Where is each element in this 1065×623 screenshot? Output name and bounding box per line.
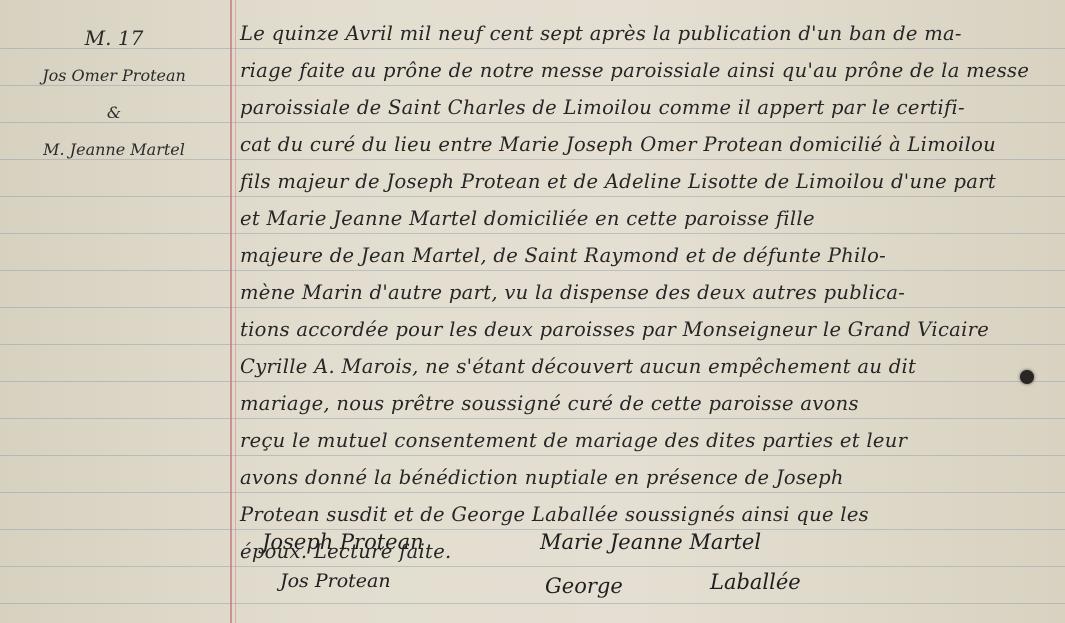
signature-marie-jeanne-martel: Marie Jeanne Martel <box>540 530 761 554</box>
signature-laballee: Laballée <box>710 570 801 594</box>
entry-line: mariage, nous prêtre soussigné curé de c… <box>240 382 1050 419</box>
margin-bride-name: M. Jeanne Martel <box>0 131 228 168</box>
entry-line: paroissiale de Saint Charles de Limoilou… <box>240 86 1050 123</box>
margin-rule <box>230 0 232 623</box>
register-page: M. 17 Jos Omer Protean & M. Jeanne Marte… <box>0 0 1065 623</box>
signature-joseph-protean: Joseph Protean <box>262 530 424 554</box>
margin-groom-name: Jos Omer Protean <box>0 57 228 94</box>
margin-rule-secondary <box>235 0 236 623</box>
entry-text: Le quinze Avril mil neuf cent sept après… <box>240 12 1050 567</box>
signature-george: George <box>545 574 623 598</box>
entry-line: avons donné la bénédiction nuptiale en p… <box>240 456 1050 493</box>
entry-line: Cyrille A. Marois, ne s'étant découvert … <box>240 345 1050 382</box>
binding-hole <box>1020 370 1034 384</box>
entry-line: cat du curé du lieu entre Marie Joseph O… <box>240 123 1050 160</box>
entry-line: riage faite au prône de notre messe paro… <box>240 49 1050 86</box>
entry-line: fils majeur de Joseph Protean et de Adel… <box>240 160 1050 197</box>
signature-jos-protean: Jos Protean <box>280 570 391 592</box>
entry-number: M. 17 <box>0 20 228 57</box>
entry-line: reçu le mutuel consentement de mariage d… <box>240 419 1050 456</box>
signatures: Joseph Protean Marie Jeanne Martel Jos P… <box>240 530 1060 602</box>
entry-line: et Marie Jeanne Martel domiciliée en cet… <box>240 197 1050 234</box>
margin-note: M. 17 Jos Omer Protean & M. Jeanne Marte… <box>0 20 228 168</box>
entry-line: majeure de Jean Martel, de Saint Raymond… <box>240 234 1050 271</box>
entry-line: Le quinze Avril mil neuf cent sept après… <box>240 12 1050 49</box>
entry-line: mène Marin d'autre part, vu la dispense … <box>240 271 1050 308</box>
margin-ampersand: & <box>0 94 228 131</box>
entry-line: Protean susdit et de George Laballée sou… <box>240 493 1050 530</box>
entry-line: tions accordée pour les deux paroisses p… <box>240 308 1050 345</box>
